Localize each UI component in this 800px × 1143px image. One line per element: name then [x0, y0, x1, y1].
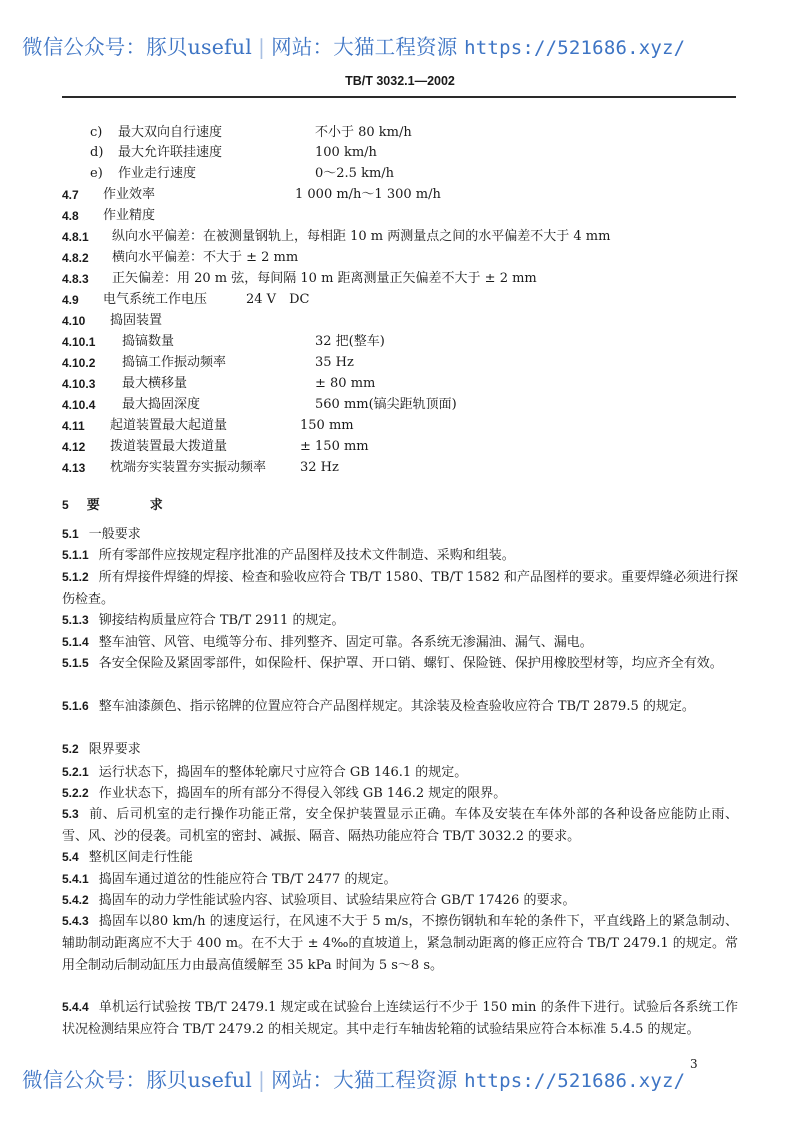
spec-value: 560 mm(镐尖距轨顶面): [315, 397, 457, 413]
spec-value: 100 km/h: [315, 145, 377, 161]
clause-5-4-2: 5.4.2捣固车的动力学性能试验内容、试验项目、试验结果应符合 GB/T 174…: [62, 890, 738, 912]
watermark-separator: |: [252, 35, 271, 59]
spec-label: 正矢偏差：用 20 m 弦，每间隔 10 m 距离测量正矢偏差不大于 ± 2 m…: [112, 271, 537, 287]
document-code-header: TB/T 3032.1—2002: [0, 74, 800, 88]
spec-number: 4.8.1: [62, 229, 89, 245]
clause-text: 铆接结构质量应符合 TB/T 2911 的规定。: [99, 613, 345, 628]
spec-number: 4.10.4: [62, 397, 95, 413]
clause-5-1: 5.1一般要求: [62, 524, 738, 546]
clause-number: 5.1.1: [62, 545, 89, 567]
clause-text: 捣固车的动力学性能试验内容、试验项目、试验结果应符合 GB/T 17426 的要…: [99, 893, 576, 908]
spec-number: e): [90, 166, 103, 182]
spec-number: 4.9: [62, 292, 79, 308]
clause-number: 5.3: [62, 804, 79, 826]
watermark-wechat: 微信公众号：豚贝useful: [22, 35, 252, 59]
spec-value: 24 V DC: [246, 292, 309, 308]
spec-value: 1 000 m/h～1 300 m/h: [295, 187, 441, 203]
clause-number: 5.1.4: [62, 632, 89, 654]
spec-number: d): [90, 145, 103, 161]
clause-5-3: 5.3前、后司机室的走行操作功能正常，安全保护装置显示正确。车体及安装在车体外部…: [62, 804, 738, 848]
watermark-url[interactable]: https://521686.xyz/: [464, 1070, 685, 1092]
spec-value: ± 80 mm: [315, 376, 375, 392]
spec-value: 32 Hz: [300, 460, 339, 476]
clause-number: 5.4.3: [62, 911, 89, 933]
spec-value: ± 150 mm: [300, 439, 369, 455]
clause-number: 5.2.2: [62, 783, 89, 805]
clause-text: 一般要求: [89, 527, 141, 542]
clause-5-2-2: 5.2.2作业状态下，捣固车的所有部分不得侵入邻线 GB 146.2 规定的限界…: [62, 783, 738, 805]
clause-5-1-4: 5.1.4整车油管、风管、电缆等分布、排列整齐、固定可靠。各系统无渗漏油、漏气、…: [62, 632, 738, 654]
spec-label: 捣镐数量: [122, 334, 174, 350]
spec-number: 4.10.3: [62, 376, 95, 392]
clause-text: 整车油漆颜色、指示铭牌的位置应符合产品图样规定。其涂装及检查验收应符合 TB/T…: [99, 699, 695, 714]
clause-5-4: 5.4整机区间走行性能: [62, 847, 738, 869]
spec-label: 纵向水平偏差：在被测量钢轨上，每相距 10 m 两测量点之间的水平偏差不大于 4…: [112, 229, 610, 245]
spec-number: 4.11: [62, 418, 85, 434]
clause-number: 5.1.6: [62, 696, 89, 718]
clause-5-2: 5.2限界要求: [62, 739, 738, 761]
spec-value: 35 Hz: [315, 355, 354, 371]
spec-number: 4.8.2: [62, 250, 89, 266]
clause-number: 5.1: [62, 524, 79, 546]
spec-label: 最大横移量: [122, 376, 187, 392]
spec-value: 32 把(整车): [315, 334, 385, 350]
spec-label: 枕端夯实装置夯实振动频率: [110, 460, 266, 476]
clause-number: 5.4.1: [62, 869, 89, 891]
section-heading-text: 要 求: [87, 498, 171, 513]
clause-5-1-6: 5.1.6整车油漆颜色、指示铭牌的位置应符合产品图样规定。其涂装及检查验收应符合…: [62, 696, 738, 718]
clause-5-1-3: 5.1.3铆接结构质量应符合 TB/T 2911 的规定。: [62, 610, 738, 632]
clause-text: 整机区间走行性能: [89, 850, 193, 865]
clause-5-4-4: 5.4.4单机运行试验按 TB/T 2479.1 规定或在试验台上连续运行不少于…: [62, 997, 738, 1041]
clause-number: 5.1.3: [62, 610, 89, 632]
section-heading-number: 5: [62, 497, 69, 513]
watermark-top: 微信公众号：豚贝useful|网站：大猫工程资源 https://521686.…: [22, 30, 782, 60]
clause-text: 单机运行试验按 TB/T 2479.1 规定或在试验台上连续运行不少于 150 …: [62, 1000, 738, 1037]
spec-value: 0～2.5 km/h: [315, 166, 394, 182]
spec-number: 4.10.1: [62, 334, 95, 350]
clause-text: 整车油管、风管、电缆等分布、排列整齐、固定可靠。各系统无渗漏油、漏气、漏电。: [99, 635, 593, 650]
clause-text: 各安全保险及紧固零部件，如保险杆、保护罩、开口销、螺钉、保险链、保护用橡胶型材等…: [99, 656, 723, 671]
spec-label: 拨道装置最大拨道量: [110, 439, 227, 455]
clause-text: 所有零部件应按规定程序批准的产品图样及技术文件制造、采购和组装。: [99, 548, 515, 563]
clause-5-1-1: 5.1.1所有零部件应按规定程序批准的产品图样及技术文件制造、采购和组装。: [62, 545, 738, 567]
clause-text: 所有焊接件焊缝的焊接、检查和验收应符合 TB/T 1580、TB/T 1582 …: [62, 570, 738, 607]
clause-number: 5.4: [62, 847, 79, 869]
watermark-bottom: 微信公众号：豚贝useful|网站：大猫工程资源 https://521686.…: [22, 1063, 782, 1093]
clause-text: 运行状态下，捣固车的整体轮廓尺寸应符合 GB 146.1 的规定。: [99, 765, 468, 780]
spec-label: 捣固装置: [110, 313, 162, 329]
spec-label: 最大捣固深度: [122, 397, 200, 413]
clause-number: 5.1.5: [62, 653, 89, 675]
spec-label: 横向水平偏差：不大于 ± 2 mm: [112, 250, 298, 266]
watermark-wechat: 微信公众号：豚贝useful: [22, 1068, 252, 1092]
clause-number: 5.2: [62, 739, 79, 761]
spec-value: 不小于 80 km/h: [315, 125, 412, 141]
spec-number: 4.12: [62, 439, 85, 455]
clause-text: 捣固车通过道岔的性能应符合 TB/T 2477 的规定。: [99, 872, 397, 887]
spec-number: 4.10: [62, 313, 85, 329]
spec-label: 捣镐工作振动频率: [122, 355, 226, 371]
watermark-site: 网站：大猫工程资源: [271, 35, 457, 59]
spec-label: 作业精度: [103, 208, 155, 224]
spec-number: 4.8: [62, 208, 79, 224]
clause-5-4-1: 5.4.1捣固车通过道岔的性能应符合 TB/T 2477 的规定。: [62, 869, 738, 891]
clause-number: 5.4.4: [62, 997, 89, 1019]
spec-label: 最大双向自行速度: [118, 125, 222, 141]
spec-value: 150 mm: [300, 418, 354, 434]
spec-number: 4.13: [62, 460, 85, 476]
clause-number: 5.1.2: [62, 567, 89, 589]
header-rule: [62, 96, 736, 98]
clause-text: 限界要求: [89, 742, 141, 757]
clause-text: 捣固车以80 km/h 的速度运行，在风速不大于 5 m/s，不擦伤钢轨和车轮的…: [62, 914, 738, 973]
clause-text: 前、后司机室的走行操作功能正常，安全保护装置显示正确。车体及安装在车体外部的各种…: [62, 807, 738, 844]
spec-label: 最大允许联挂速度: [118, 145, 222, 161]
spec-label: 起道装置最大起道量: [110, 418, 227, 434]
clause-5-1-5: 5.1.5各安全保险及紧固零部件，如保险杆、保护罩、开口销、螺钉、保险链、保护用…: [62, 653, 738, 675]
watermark-site: 网站：大猫工程资源: [271, 1068, 457, 1092]
clause-5-1-2: 5.1.2所有焊接件焊缝的焊接、检查和验收应符合 TB/T 1580、TB/T …: [62, 567, 738, 611]
spec-label: 作业效率: [103, 187, 155, 203]
spec-number: 4.10.2: [62, 355, 95, 371]
section-heading: 5要 求: [62, 497, 171, 514]
clause-number: 5.2.1: [62, 762, 89, 784]
spec-number: c): [90, 125, 102, 141]
clause-5-4-3: 5.4.3捣固车以80 km/h 的速度运行，在风速不大于 5 m/s，不擦伤钢…: [62, 911, 738, 976]
spec-number: 4.7: [62, 187, 79, 203]
clause-number: 5.4.2: [62, 890, 89, 912]
watermark-url[interactable]: https://521686.xyz/: [464, 37, 685, 59]
spec-label: 电气系统工作电压: [103, 292, 207, 308]
clause-text: 作业状态下，捣固车的所有部分不得侵入邻线 GB 146.2 规定的限界。: [99, 786, 507, 801]
spec-label: 作业走行速度: [118, 166, 196, 182]
spec-number: 4.8.3: [62, 271, 89, 287]
watermark-separator: |: [252, 1068, 271, 1092]
clause-5-2-1: 5.2.1运行状态下，捣固车的整体轮廓尺寸应符合 GB 146.1 的规定。: [62, 762, 738, 784]
